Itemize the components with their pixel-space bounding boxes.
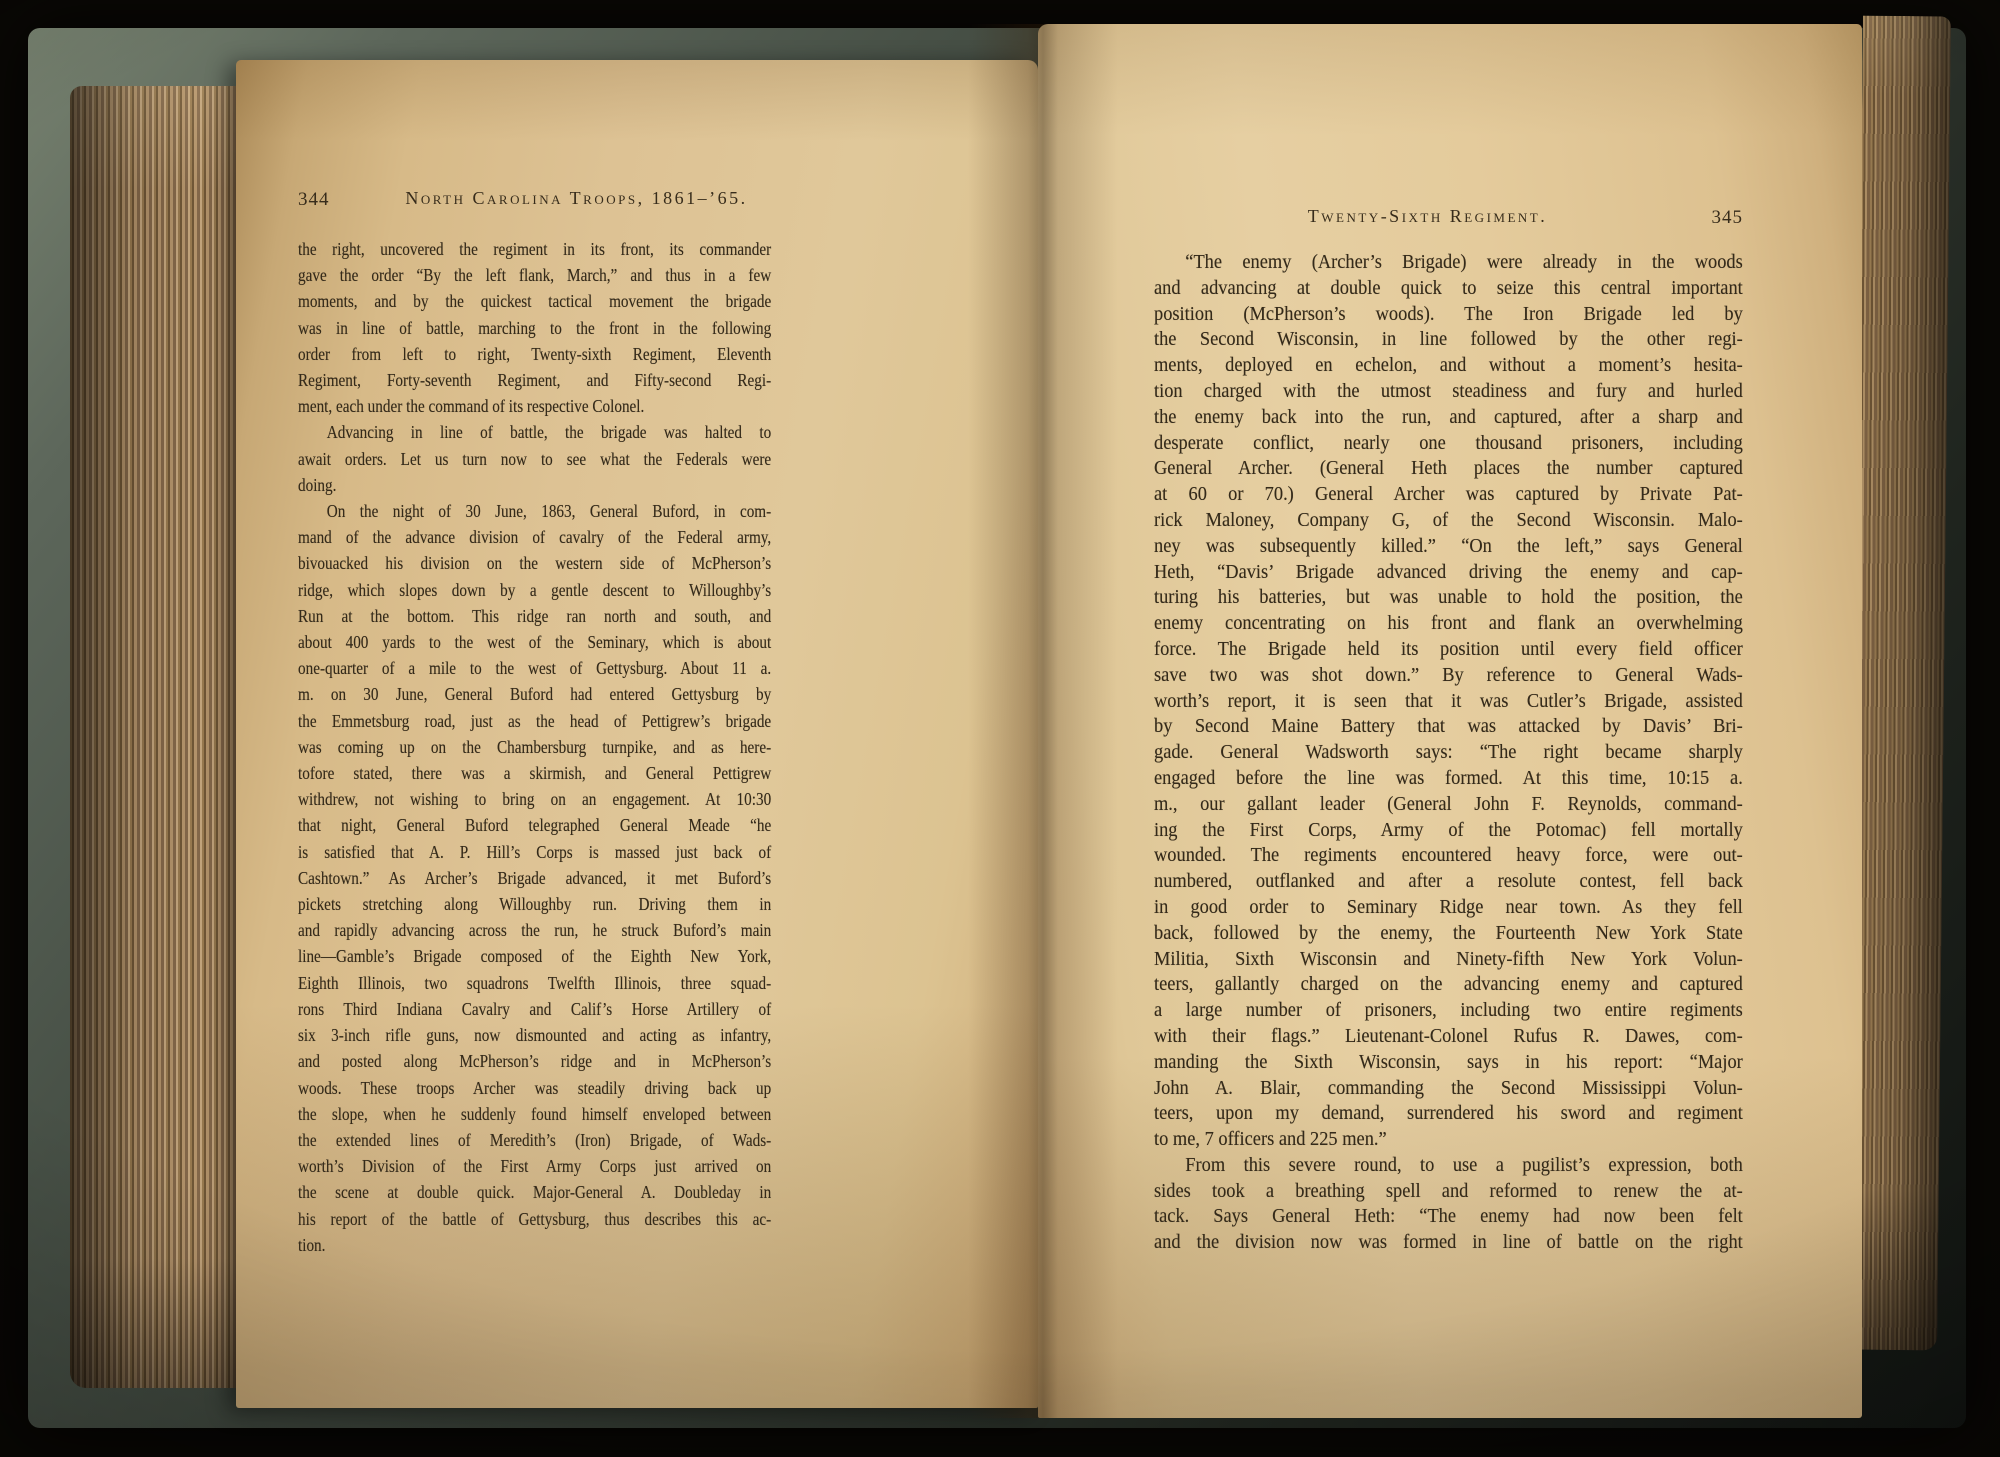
text-line: rons Third Indiana Cavalry and Calif’s H… bbox=[298, 996, 771, 1022]
text-line: one-quarter of a mile to the west of Get… bbox=[298, 655, 771, 681]
text-line: order from left to right, Twenty-sixth R… bbox=[298, 341, 771, 367]
text-line: engaged before the line was formed. At t… bbox=[1154, 766, 1743, 792]
right-page-number: 345 bbox=[1712, 207, 1744, 229]
text-line: bivouacked his division on the western s… bbox=[298, 550, 771, 576]
text-line: about 400 yards to the west of the Semin… bbox=[298, 629, 771, 655]
text-line: Heth, “Davis’ Brigade advanced driving t… bbox=[1154, 560, 1743, 586]
right-running-title: Twenty-Sixth Regiment. bbox=[1308, 206, 1547, 226]
text-line: tion charged with the utmost steadiness … bbox=[1154, 379, 1743, 405]
text-line: pickets stretching along Willoughby run.… bbox=[298, 891, 771, 917]
text-line: ridge, which slopes down by a gentle des… bbox=[298, 577, 771, 603]
text-line: On the night of 30 June, 1863, General B… bbox=[298, 498, 771, 524]
text-line: numbered, outflanked and after a resolut… bbox=[1154, 869, 1743, 895]
text-line: at 60 or 70.) General Archer was capture… bbox=[1154, 482, 1743, 508]
text-line: doing. bbox=[298, 472, 771, 498]
text-line: position (McPherson’s woods). The Iron B… bbox=[1154, 302, 1743, 328]
text-line: the scene at double quick. Major-General… bbox=[298, 1179, 771, 1205]
text-line: and rapidly advancing across the run, he… bbox=[298, 917, 771, 943]
text-line: teers, gallantly charged on the advancin… bbox=[1154, 972, 1743, 998]
text-line: m., our gallant leader (General John F. … bbox=[1154, 792, 1743, 818]
text-line: save two was shot down.” By reference to… bbox=[1154, 663, 1743, 689]
text-line: the slope, when he suddenly found himsel… bbox=[298, 1101, 771, 1127]
text-line: the enemy back into the run, and capture… bbox=[1154, 405, 1743, 431]
left-page-number: 344 bbox=[298, 189, 330, 211]
text-line: ney was subsequently killed.” “On the le… bbox=[1154, 534, 1743, 560]
text-line: General Archer. (General Heth places the… bbox=[1154, 456, 1743, 482]
text-line: back, followed by the enemy, the Fourtee… bbox=[1154, 921, 1743, 947]
text-line: the Emmetsburg road, just as the head of… bbox=[298, 708, 771, 734]
text-line: Run at the bottom. This ridge ran north … bbox=[298, 603, 771, 629]
text-line: and the division now was formed in line … bbox=[1154, 1230, 1743, 1256]
text-line: moments, and by the quickest tactical mo… bbox=[298, 288, 771, 314]
left-running-title: North Carolina Troops, 1861–’65. bbox=[405, 188, 747, 208]
right-page-text: “The enemy (Archer’s Brigade) were alrea… bbox=[1154, 250, 1743, 1256]
text-line: “The enemy (Archer’s Brigade) were alrea… bbox=[1154, 250, 1743, 276]
page-right: Twenty-Sixth Regiment. 345 “The enemy (A… bbox=[1038, 24, 1862, 1418]
text-line: is satisfied that A. P. Hill’s Corps is … bbox=[298, 839, 771, 865]
text-line: with their flags.” Lieutenant-Colonel Ru… bbox=[1154, 1024, 1743, 1050]
open-book-photo: 344 North Carolina Troops, 1861–’65. the… bbox=[0, 0, 2000, 1457]
text-line: Militia, Sixth Wisconsin and Ninety-fift… bbox=[1154, 947, 1743, 973]
text-line: desperate conflict, nearly one thousand … bbox=[1154, 431, 1743, 457]
text-line: Advancing in line of battle, the brigade… bbox=[298, 419, 771, 445]
text-line: wounded. The regiments encountered heavy… bbox=[1154, 843, 1743, 869]
text-line: mand of the advance division of cavalry … bbox=[298, 524, 771, 550]
page-left: 344 North Carolina Troops, 1861–’65. the… bbox=[236, 60, 1038, 1408]
text-line: tion. bbox=[298, 1232, 771, 1258]
text-line: force. The Brigade held its position unt… bbox=[1154, 637, 1743, 663]
text-line: tack. Says General Heth: “The enemy had … bbox=[1154, 1204, 1743, 1230]
text-line: and posted along McPherson’s ridge and i… bbox=[298, 1048, 771, 1074]
text-line: six 3-inch rifle guns, now dismounted an… bbox=[298, 1022, 771, 1048]
text-line: the Second Wisconsin, in line followed b… bbox=[1154, 327, 1743, 353]
text-line: woods. These troops Archer was steadily … bbox=[298, 1075, 771, 1101]
text-line: From this severe round, to use a pugilis… bbox=[1154, 1153, 1743, 1179]
text-line: await orders. Let us turn now to see wha… bbox=[298, 446, 771, 472]
page-edges-right bbox=[1849, 16, 1951, 1351]
text-line: m. on 30 June, General Buford had entere… bbox=[298, 681, 771, 707]
text-line: gave the order “By the left flank, March… bbox=[298, 262, 771, 288]
text-line: manding the Sixth Wisconsin, says in his… bbox=[1154, 1050, 1743, 1076]
text-line: ments, deployed en echelon, and without … bbox=[1154, 353, 1743, 379]
text-line: was in line of battle, marching to the f… bbox=[298, 315, 771, 341]
text-line: gade. General Wadsworth says: “The right… bbox=[1154, 740, 1743, 766]
left-page-header: 344 North Carolina Troops, 1861–’65. bbox=[298, 188, 771, 209]
text-line: line—Gamble’s Brigade composed of the Ei… bbox=[298, 943, 771, 969]
text-line: and advancing at double quick to seize t… bbox=[1154, 276, 1743, 302]
text-line: the right, uncovered the regiment in its… bbox=[298, 236, 771, 262]
text-line: that night, General Buford telegraphed G… bbox=[298, 812, 771, 838]
text-line: sides took a breathing spell and reforme… bbox=[1154, 1179, 1743, 1205]
text-line: worth’s report, it is seen that it was C… bbox=[1154, 689, 1743, 715]
text-line: worth’s Division of the First Army Corps… bbox=[298, 1153, 771, 1179]
text-line: by Second Maine Battery that was attacke… bbox=[1154, 714, 1743, 740]
text-line: withdrew, not wishing to bring on an eng… bbox=[298, 786, 771, 812]
text-line: Regiment, Forty-seventh Regiment, and Fi… bbox=[298, 367, 771, 393]
text-line: the extended lines of Meredith’s (Iron) … bbox=[298, 1127, 771, 1153]
text-line: a large number of prisoners, including t… bbox=[1154, 998, 1743, 1024]
left-page-text: the right, uncovered the regiment in its… bbox=[298, 236, 771, 1258]
text-line: to me, 7 officers and 225 men.” bbox=[1154, 1127, 1743, 1153]
text-line: tofore stated, there was a skirmish, and… bbox=[298, 760, 771, 786]
text-line: rick Maloney, Company G, of the Second W… bbox=[1154, 508, 1743, 534]
text-line: John A. Blair, commanding the Second Mis… bbox=[1154, 1076, 1743, 1102]
text-line: Eighth Illinois, two squadrons Twelfth I… bbox=[298, 970, 771, 996]
text-line: ment, each under the command of its resp… bbox=[298, 393, 771, 419]
text-line: turing his batteries, but was unable to … bbox=[1154, 585, 1743, 611]
right-page-header: Twenty-Sixth Regiment. 345 bbox=[1154, 206, 1743, 227]
text-line: enemy concentrating on his front and fla… bbox=[1154, 611, 1743, 637]
text-line: his report of the battle of Gettysburg, … bbox=[298, 1206, 771, 1232]
text-line: ing the First Corps, Army of the Potomac… bbox=[1154, 818, 1743, 844]
text-line: teers, upon my demand, surrendered his s… bbox=[1154, 1101, 1743, 1127]
text-line: was coming up on the Chambersburg turnpi… bbox=[298, 734, 771, 760]
text-line: Cashtown.” As Archer’s Brigade advanced,… bbox=[298, 865, 771, 891]
text-line: in good order to Seminary Ridge near tow… bbox=[1154, 895, 1743, 921]
